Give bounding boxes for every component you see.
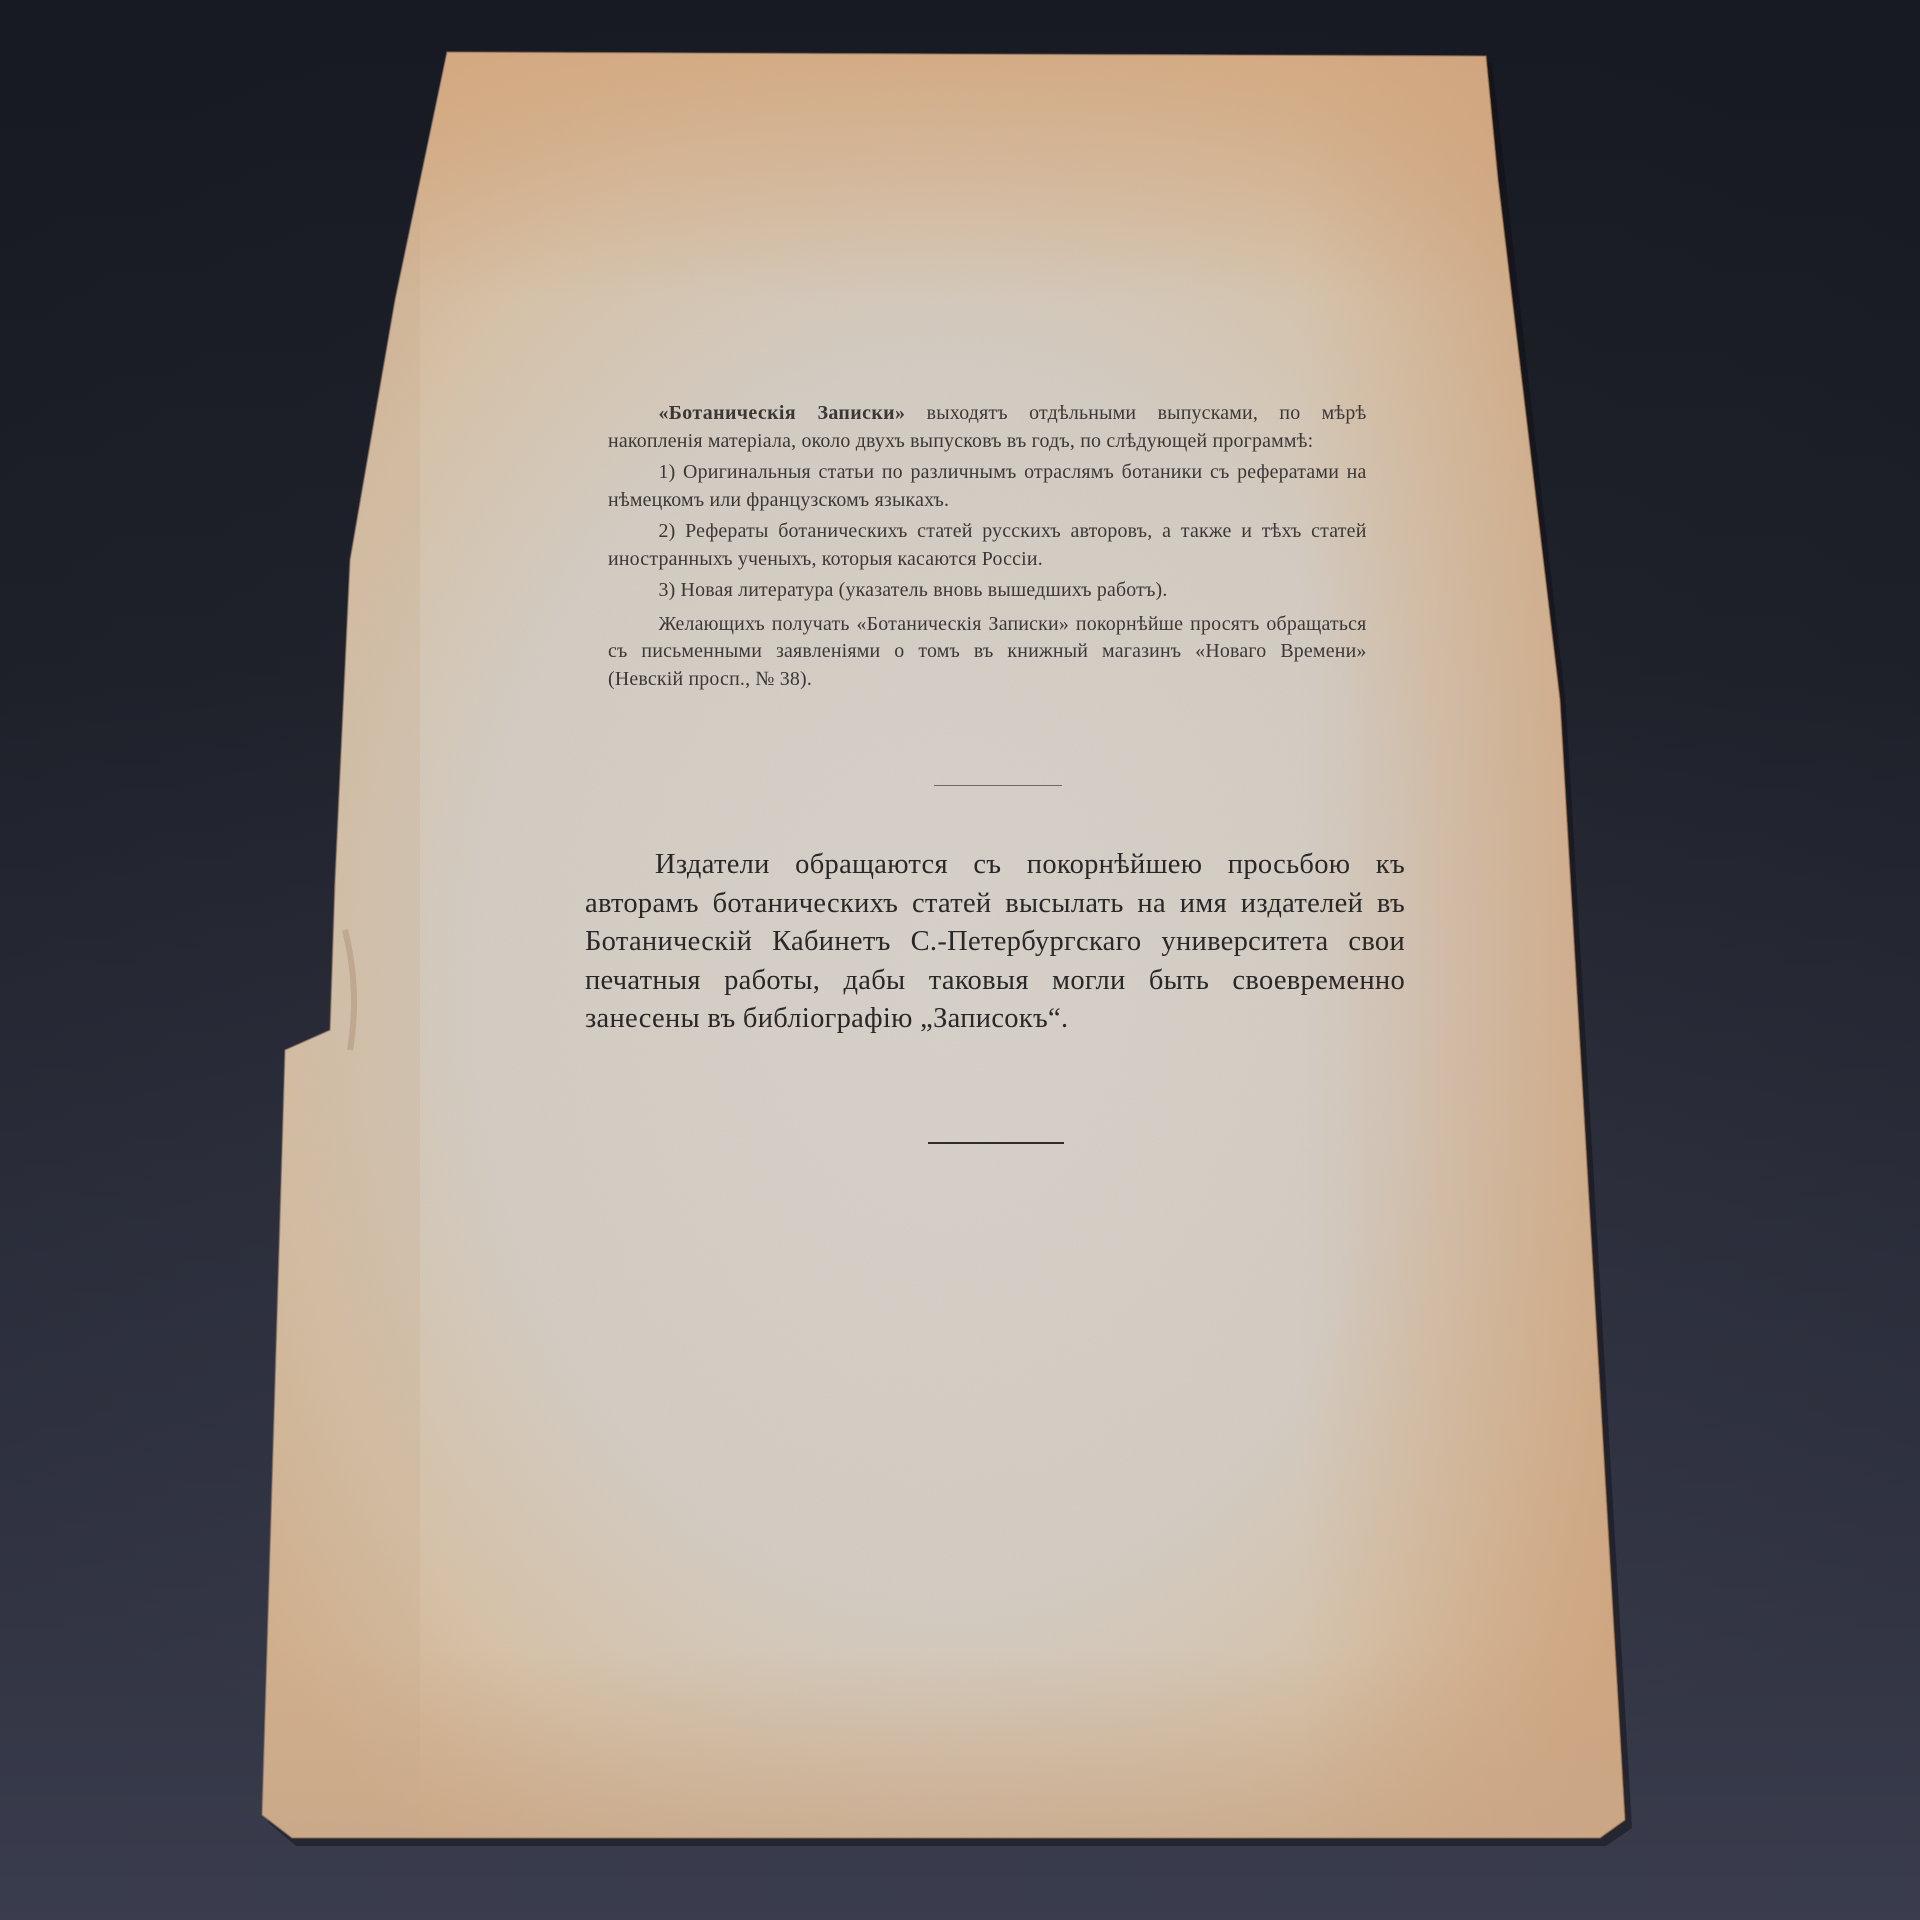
subscription-paragraph: Желающихъ получать «Ботаническія Записки… (608, 611, 1367, 694)
publishers-request-paragraph: Издатели обращаются съ покорнѣйшею прось… (585, 846, 1405, 1039)
program-item: 3) Новая литература (указатель вновь выш… (608, 577, 1367, 605)
journal-title: «Ботаническія Записки» (658, 402, 905, 424)
separator-rule (934, 785, 1062, 786)
publication-schedule-paragraph: «Ботаническія Записки» выходятъ отдѣльны… (608, 400, 1367, 455)
publishers-request-block: Издатели обращаются съ покорнѣйшею прось… (585, 846, 1405, 1039)
separator-rule (928, 1142, 1064, 1144)
program-item: 1) Оригинальныя статьи по различнымъ отр… (608, 459, 1367, 514)
program-item: 2) Рефераты ботаническихъ статей русских… (608, 518, 1367, 573)
journal-info-block: «Ботаническія Записки» выходятъ отдѣльны… (608, 400, 1367, 693)
